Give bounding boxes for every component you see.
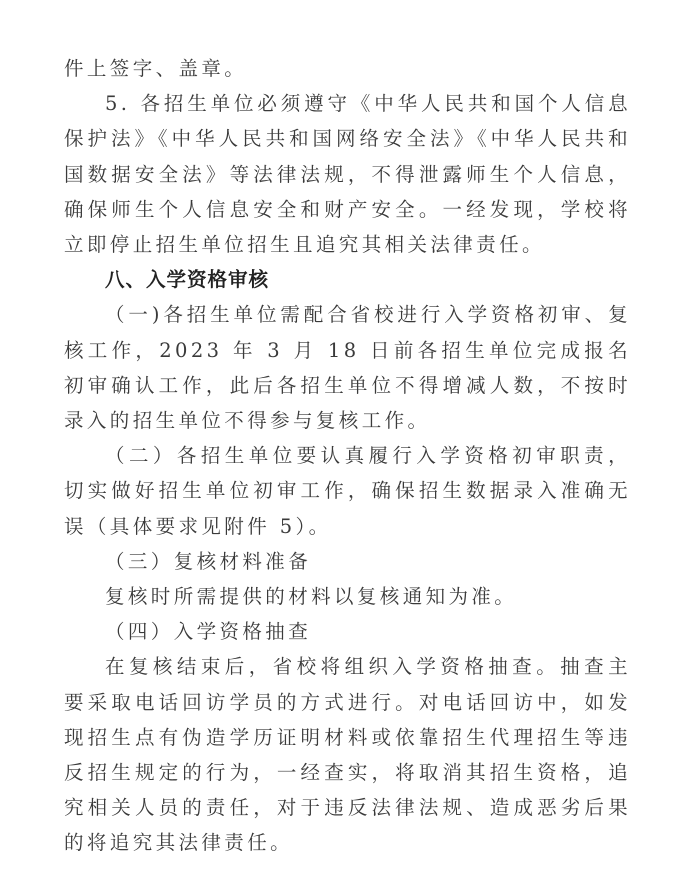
paragraph-continuation: 件上签字、盖章。 [64,51,631,86]
paragraph-initial-review-duties: （二）各招生单位要认真履行入学资格初审职责，切实做好招生单位初审工作，确保招生数… [64,438,631,544]
paragraph-privacy-laws: 5. 各招生单位必须遵守《中华人民共和国个人信息保护法》《中华人民共和国网络安全… [64,86,631,262]
subheading-admission-spot-check: （四）入学资格抽查 [64,614,631,649]
subheading-review-materials: （三）复核材料准备 [64,544,631,579]
document-page: 件上签字、盖章。 5. 各招生单位必须遵守《中华人民共和国个人信息保护法》《中华… [64,51,631,861]
paragraph-review-cooperation: （一)各招生单位需配合省校进行入学资格初审、复核工作，2023 年 3 月 18… [64,297,631,438]
paragraph-spot-check: 在复核结束后，省校将组织入学资格抽查。抽查主要采取电话回访学员的方式进行。对电话… [64,649,631,860]
paragraph-review-materials: 复核时所需提供的材料以复核通知为准。 [64,579,631,614]
section-heading-admission-review: 八、入学资格审核 [64,262,631,297]
